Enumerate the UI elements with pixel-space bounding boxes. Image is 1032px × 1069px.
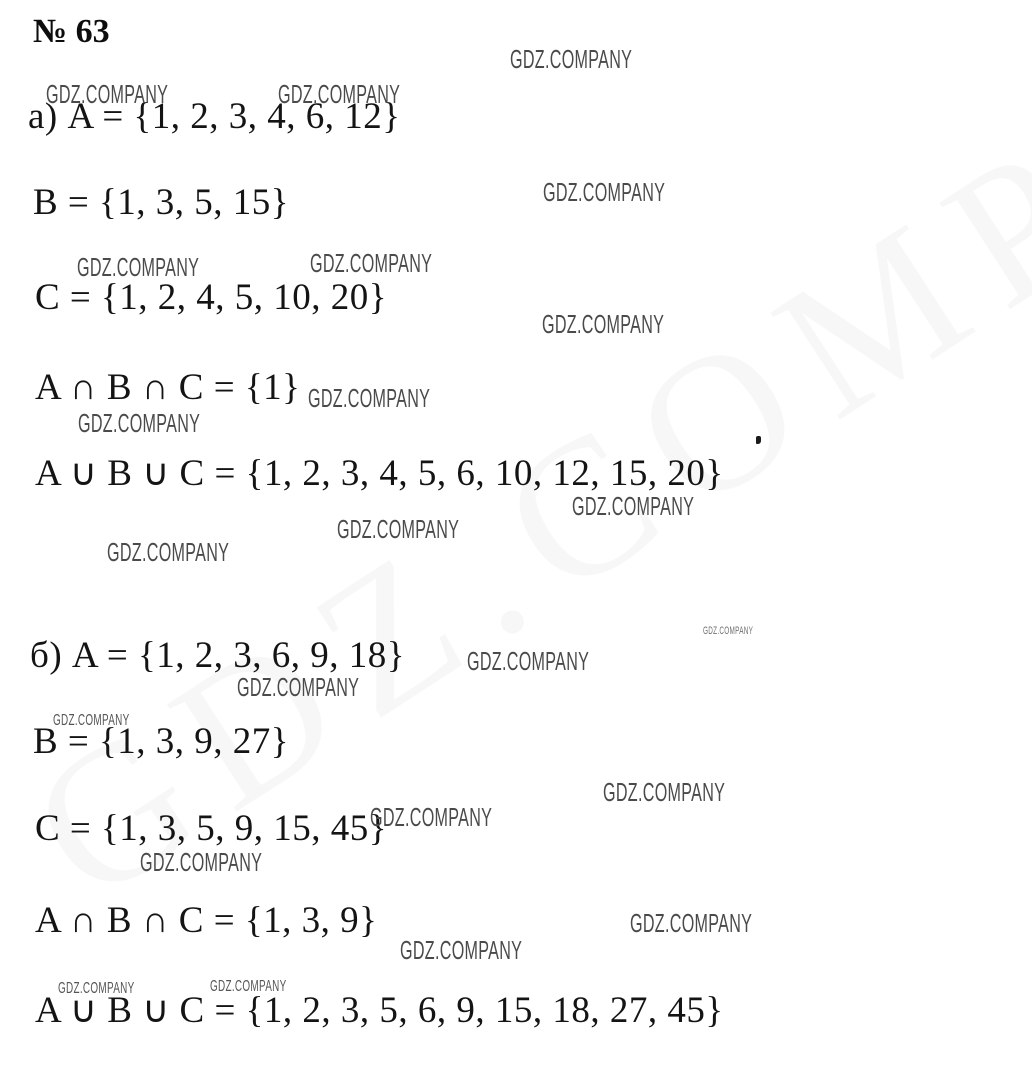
scan-artifact-dot bbox=[756, 436, 761, 444]
watermark: GDZ.COMPANY bbox=[46, 81, 168, 107]
solution-page: GDZ.COMPANY № 63 а) A = {1, 2, 3, 4, 6, … bbox=[0, 0, 1032, 1069]
watermark: GDZ.COMPANY bbox=[337, 516, 459, 542]
watermark: GDZ.COMPANY bbox=[400, 937, 522, 963]
union-result-part-a: A ∪ B ∪ C = {1, 2, 3, 4, 5, 6, 10, 12, 1… bbox=[35, 455, 724, 492]
set-definition-b-part-a: B = {1, 3, 5, 15} bbox=[33, 184, 289, 221]
watermark: GDZ.COMPANY bbox=[310, 250, 432, 276]
intersection-result-part-a: A ∩ B ∩ C = {1} bbox=[35, 369, 300, 406]
watermark: GDZ.COMPANY bbox=[53, 713, 130, 729]
problem-number: № 63 bbox=[33, 15, 110, 49]
set-definition-a-part-b: б) A = {1, 2, 3, 6, 9, 18} bbox=[30, 637, 405, 674]
watermark: GDZ.COMPANY bbox=[703, 626, 753, 637]
watermark: GDZ.COMPANY bbox=[308, 385, 430, 411]
watermark: GDZ.COMPANY bbox=[510, 46, 632, 72]
watermark: GDZ.COMPANY bbox=[542, 311, 664, 337]
watermark: GDZ.COMPANY bbox=[58, 981, 135, 997]
watermark: GDZ.COMPANY bbox=[278, 81, 400, 107]
set-definition-c-part-a: C = {1, 2, 4, 5, 10, 20} bbox=[35, 279, 387, 316]
watermark: GDZ.COMPANY bbox=[543, 179, 665, 205]
watermark: GDZ.COMPANY bbox=[630, 910, 752, 936]
watermark: GDZ.COMPANY bbox=[140, 849, 262, 875]
watermark: GDZ.COMPANY bbox=[572, 493, 694, 519]
set-definition-c-part-b: C = {1, 3, 5, 9, 15, 45} bbox=[35, 810, 387, 847]
intersection-result-part-b: A ∩ B ∩ C = {1, 3, 9} bbox=[35, 902, 377, 939]
watermark: GDZ.COMPANY bbox=[603, 779, 725, 805]
watermark: GDZ.COMPANY bbox=[78, 410, 200, 436]
watermark: GDZ.COMPANY bbox=[107, 539, 229, 565]
watermark: GDZ.COMPANY bbox=[210, 979, 287, 995]
watermark: GDZ.COMPANY bbox=[467, 648, 589, 674]
watermark: GDZ.COMPANY bbox=[77, 254, 199, 280]
watermark: GDZ.COMPANY bbox=[237, 674, 359, 700]
union-result-part-b: A ∪ B ∪ C = {1, 2, 3, 5, 6, 9, 15, 18, 2… bbox=[35, 992, 724, 1029]
watermark: GDZ.COMPANY bbox=[370, 804, 492, 830]
